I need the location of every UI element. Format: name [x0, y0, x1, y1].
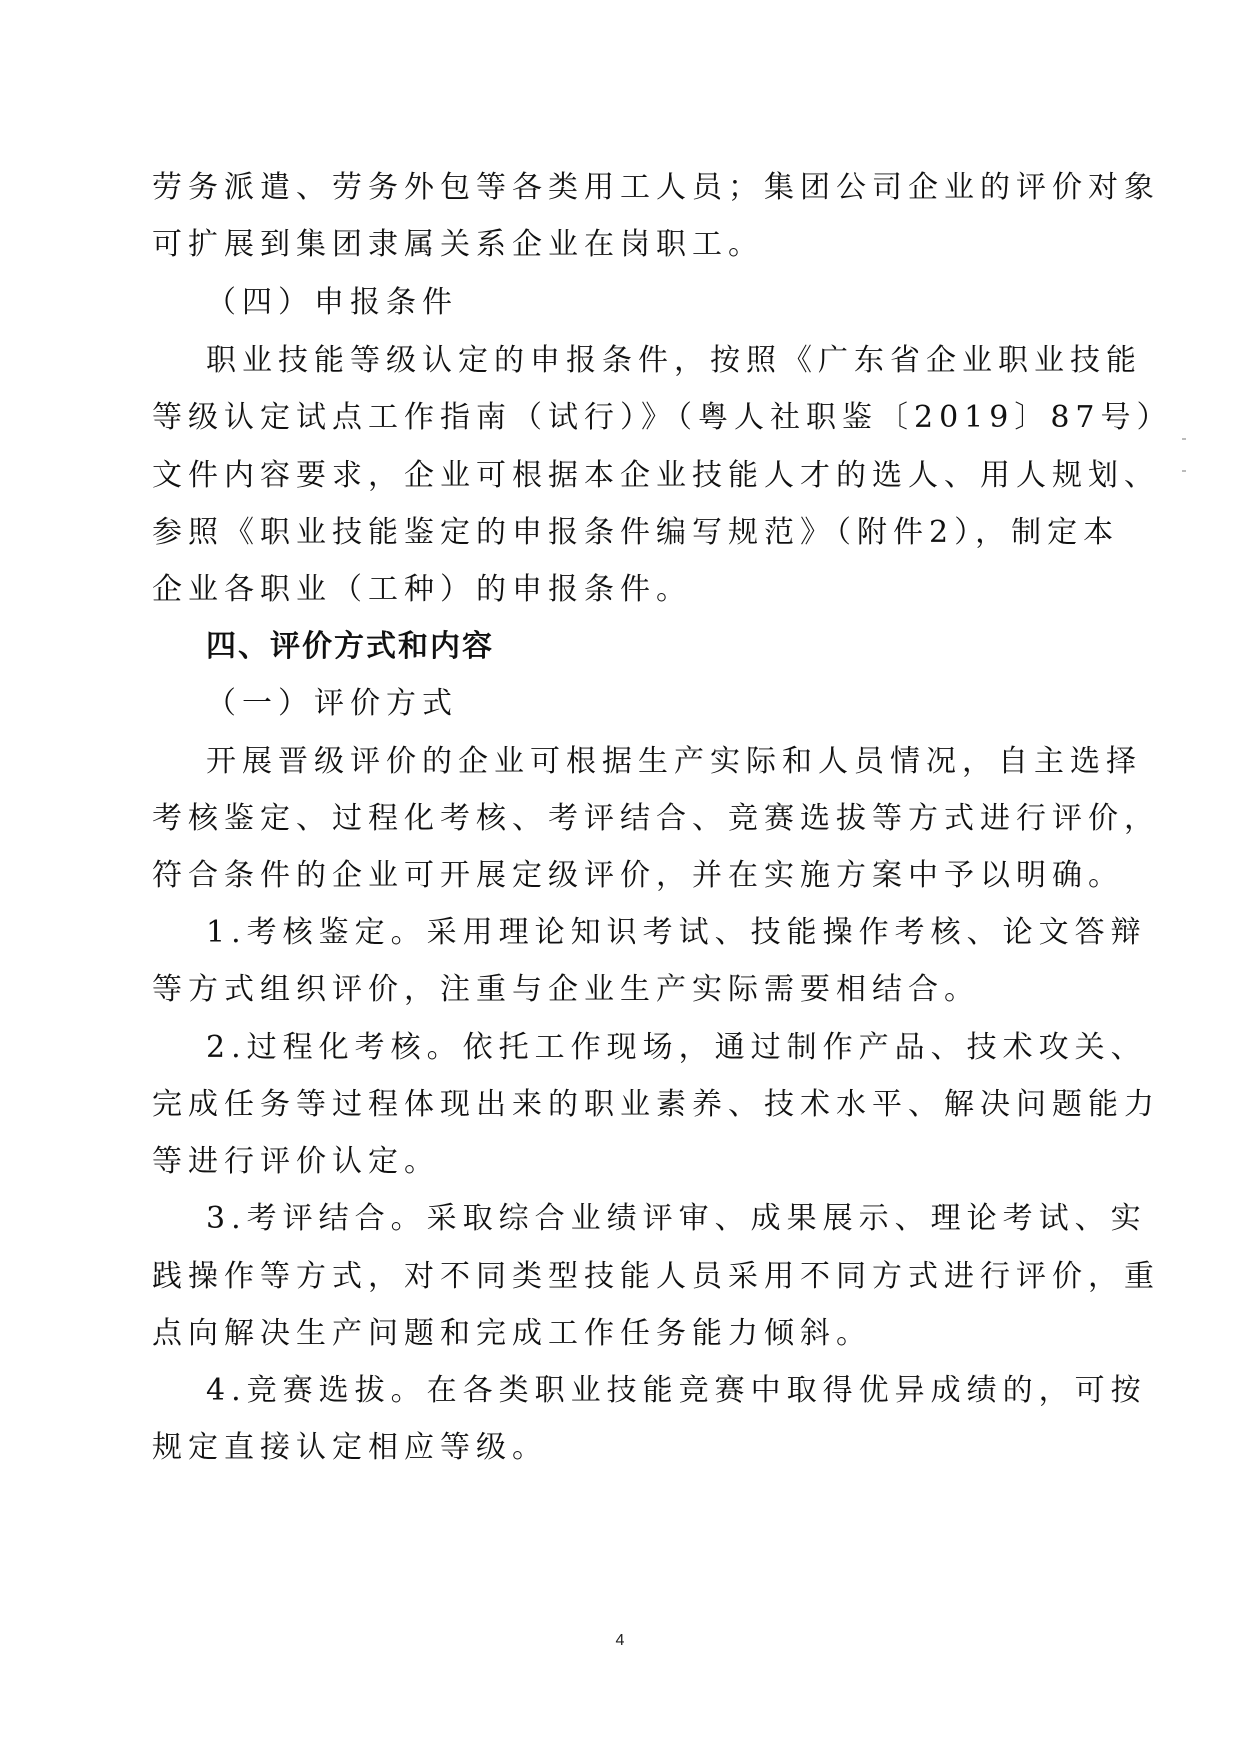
body-line: 点向解决生产问题和完成工作任务能力倾斜。 — [152, 1314, 1072, 1354]
list-item-3: 3.考评结合。采取综合业绩评审、成果展示、理论考试、实 — [206, 1199, 1126, 1239]
body-line: 参照《职业技能鉴定的申报条件编写规范》（附件2），制定本 — [152, 513, 1072, 553]
body-line: 可扩展到集团隶属关系企业在岗职工。 — [152, 225, 1072, 265]
body-line: 企业各职业（工种）的申报条件。 — [152, 570, 1072, 610]
body-line: 等进行评价认定。 — [152, 1142, 1072, 1182]
body-line: 践操作等方式，对不同类型技能人员采用不同方式进行评价，重 — [152, 1257, 1072, 1297]
list-item-2: 2.过程化考核。依托工作现场，通过制作产品、技术攻关、 — [206, 1028, 1126, 1068]
scan-artifact — [1182, 470, 1186, 472]
body-line: 等方式组织评价，注重与企业生产实际需要相结合。 — [152, 970, 1072, 1010]
scan-artifact — [1182, 438, 1186, 440]
document-page: 劳务派遣、劳务外包等各类用工人员；集团公司企业的评价对象 可扩展到集团隶属关系企… — [0, 0, 1240, 1754]
subheading-evaluation-method: （一）评价方式 — [206, 684, 1126, 724]
body-line: 完成任务等过程体现出来的职业素养、技术水平、解决问题能力 — [152, 1085, 1072, 1125]
body-line: 等级认定试点工作指南（试行）》（粤人社职鉴〔2019〕87号） — [152, 398, 1072, 438]
body-line: 考核鉴定、过程化考核、考评结合、竞赛选拔等方式进行评价， — [152, 799, 1072, 839]
body-line: 开展晋级评价的企业可根据生产实际和人员情况，自主选择 — [206, 742, 1126, 782]
body-line: 劳务派遣、劳务外包等各类用工人员；集团公司企业的评价对象 — [152, 168, 1072, 208]
body-line: 规定直接认定相应等级。 — [152, 1428, 1072, 1468]
page-number: 4 — [0, 1632, 1240, 1650]
body-line: 职业技能等级认定的申报条件，按照《广东省企业职业技能 — [206, 341, 1126, 381]
body-line: 文件内容要求，企业可根据本企业技能人才的选人、用人规划、 — [152, 456, 1072, 496]
section-heading-evaluation: 四、评价方式和内容 — [206, 627, 1126, 667]
list-item-4: 4.竞赛选拔。在各类职业技能竞赛中取得优异成绩的，可按 — [206, 1371, 1126, 1411]
list-item-1: 1.考核鉴定。采用理论知识考试、技能操作考核、论文答辩 — [206, 913, 1126, 953]
body-line: 符合条件的企业可开展定级评价，并在实施方案中予以明确。 — [152, 856, 1072, 896]
subheading-application-conditions: （四）申报条件 — [206, 283, 1126, 323]
